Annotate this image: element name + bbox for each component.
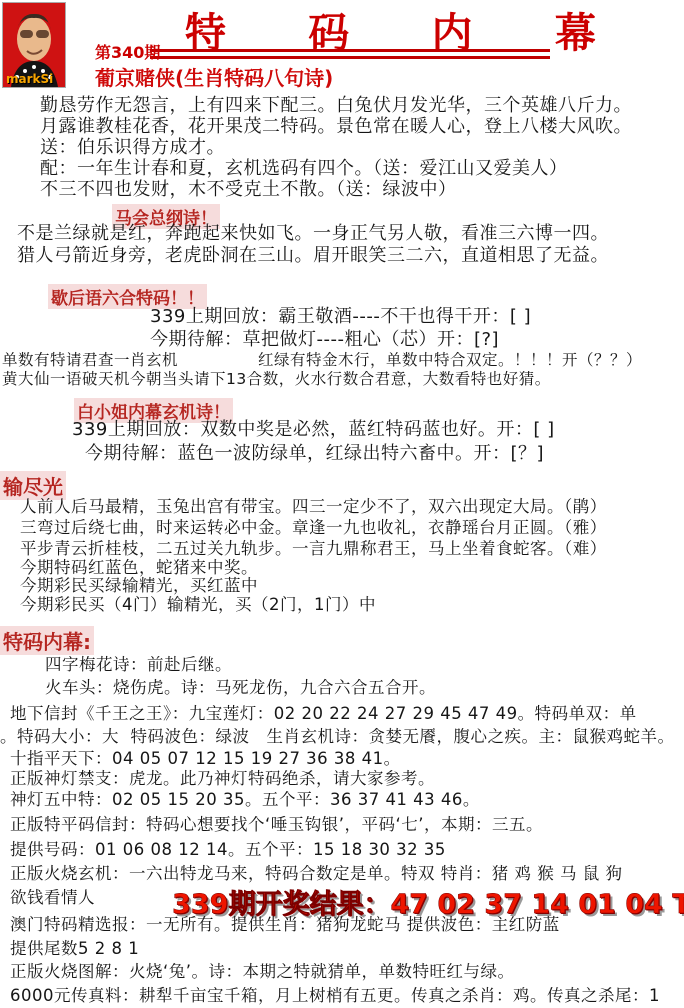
shujinguang-line: 三弯过后绕七曲，时来运转必中金。章逢一九也收礼，衣静瑶台月正圆。（雅） (20, 519, 607, 538)
xiehouyu-line: 今期待解：草把做灯----粗心（芯）开：[?] (150, 330, 499, 351)
bottom-line: 正版火烧图解：火烧‘兔’。诗：本期之特就猜单，单数特旺红与绿。 (10, 963, 515, 982)
tip-sheet-page: markSi 特 码 内 幕 第340期 葡京赌侠(生肖特码八句诗) 勤恳劳作无… (0, 0, 684, 1008)
section-heading-pujing: 葡京赌侠(生肖特码八句诗) (95, 62, 333, 91)
poem-line: 配：一年生计春和夏，玄机选码有四个。（送：爱江山又爱美人） (40, 159, 568, 180)
temaneimu-line: 欲钱看情人 (10, 889, 95, 908)
temaneimu-line: 正版神灯禁支：虎龙。此乃神灯特码绝杀，请大家参考。 (10, 770, 435, 789)
marksix-logo: markSi (2, 2, 66, 88)
issue-number: 第340期 (95, 40, 160, 63)
temaneimu-line: 神灯五中特：02 05 15 20 35。五个平：36 37 41 43 46。 (10, 791, 480, 810)
logo-text: markSi (6, 72, 53, 86)
bottom-line: 6000元传真料：耕犁千亩宝千箱，月上树梢有五更。传真之杀肖：鸡。传真之杀尾：1 (10, 987, 660, 1006)
temaneimu-line: 十指平天下：04 05 07 12 15 19 27 36 38 41。 (10, 750, 401, 769)
xiehouyu-line: 单数有特请君查一肖玄机 红绿有特金木行，单数中特合双定。！！！开（？？） (2, 352, 642, 370)
poem-line: 猎人弓箭近身旁，老虎卧洞在三山。眉开眼笑三二六，直道相思了无益。 (17, 246, 609, 267)
section-heading-shujinguang: 输尽光 (0, 471, 66, 500)
bottom-line: 澳门特码精选报：一无所有。提供生肖：猪狗龙蛇马 提供波色：主红防蓝 (10, 916, 560, 935)
shujinguang-line: 今期彩民买（4门）输精光，买（2门，1门）中 (20, 596, 376, 615)
poem-line: 不三不四也发财，木不受克土不散。（送：绿波中） (40, 180, 457, 201)
temaneimu-line: 火车头：烧伤虎。诗：马死龙伤，九合六合五合开。 (45, 679, 436, 698)
xiehouyu-line: 339上期回放：霸王敬酒----不干也得干开：[ ] (150, 307, 531, 328)
temaneimu-line: 正版特平码信封：特码心想要找个‘唾玉钩银’，平码‘七’，本期：三五。 (10, 816, 543, 835)
shujinguang-line: 今期彩民买绿输精光，买红蓝中 (20, 577, 258, 596)
title-underline (150, 49, 550, 59)
poem-line: 月露谁教桂花香，花开果茂二特码。景色常在暖人心，登上八楼大风吹。 (40, 117, 632, 138)
poem-line: 送：伯乐识得方成才。 (40, 138, 225, 159)
baixiaojie-line: 339上期回放：双数中奖是必然，蓝红特码蓝也好。开：[ ] (72, 420, 555, 441)
section-heading-temaneimu: 特码内幕: (0, 626, 94, 655)
xiehouyu-line: 黄大仙一语破天机今朝当头请下13合数，火水行数合君意，大数看特也好猜。 (2, 371, 551, 389)
temaneimu-line: 提供号码：01 06 08 12 14。五个平：15 18 30 32 35 (10, 841, 446, 860)
shujinguang-line: 平步青云折桂枝，二五过关九轨步。一言九鼎称君王，马上坐着食蛇客。（难） (20, 540, 607, 559)
bottom-line: 提供尾数5 2 8 1 (10, 940, 139, 959)
temaneimu-line: 地下信封《千王之王》：九宝莲灯：02 20 22 24 27 29 45 47 … (10, 705, 637, 724)
poem-line: 勤恳劳作无怨言，上有四来下配三。白兔伏月发光华，三个英雄八斤力。 (40, 96, 632, 117)
poem-line: 不是兰绿就是红，奔跑起来快如飞。一身正气另人敬，看准三六博一四。 (17, 224, 609, 245)
temaneimu-line: 四字梅花诗：前赴后继。 (45, 656, 232, 675)
shujinguang-line: 人前人后马最精，玉兔出宫有带宝。四三一定少不了，双六出现定大局。（鹃） (20, 498, 607, 517)
temaneimu-line: 。特码大小：大 特码波色：绿波 生肖玄机诗：贪婪无餍，腹心之疾。主：鼠猴鸡蛇羊。 (0, 728, 675, 747)
baixiaojie-line: 今期待解：蓝色一波防绿单，红绿出特六畜中。开：[？] (85, 444, 544, 465)
